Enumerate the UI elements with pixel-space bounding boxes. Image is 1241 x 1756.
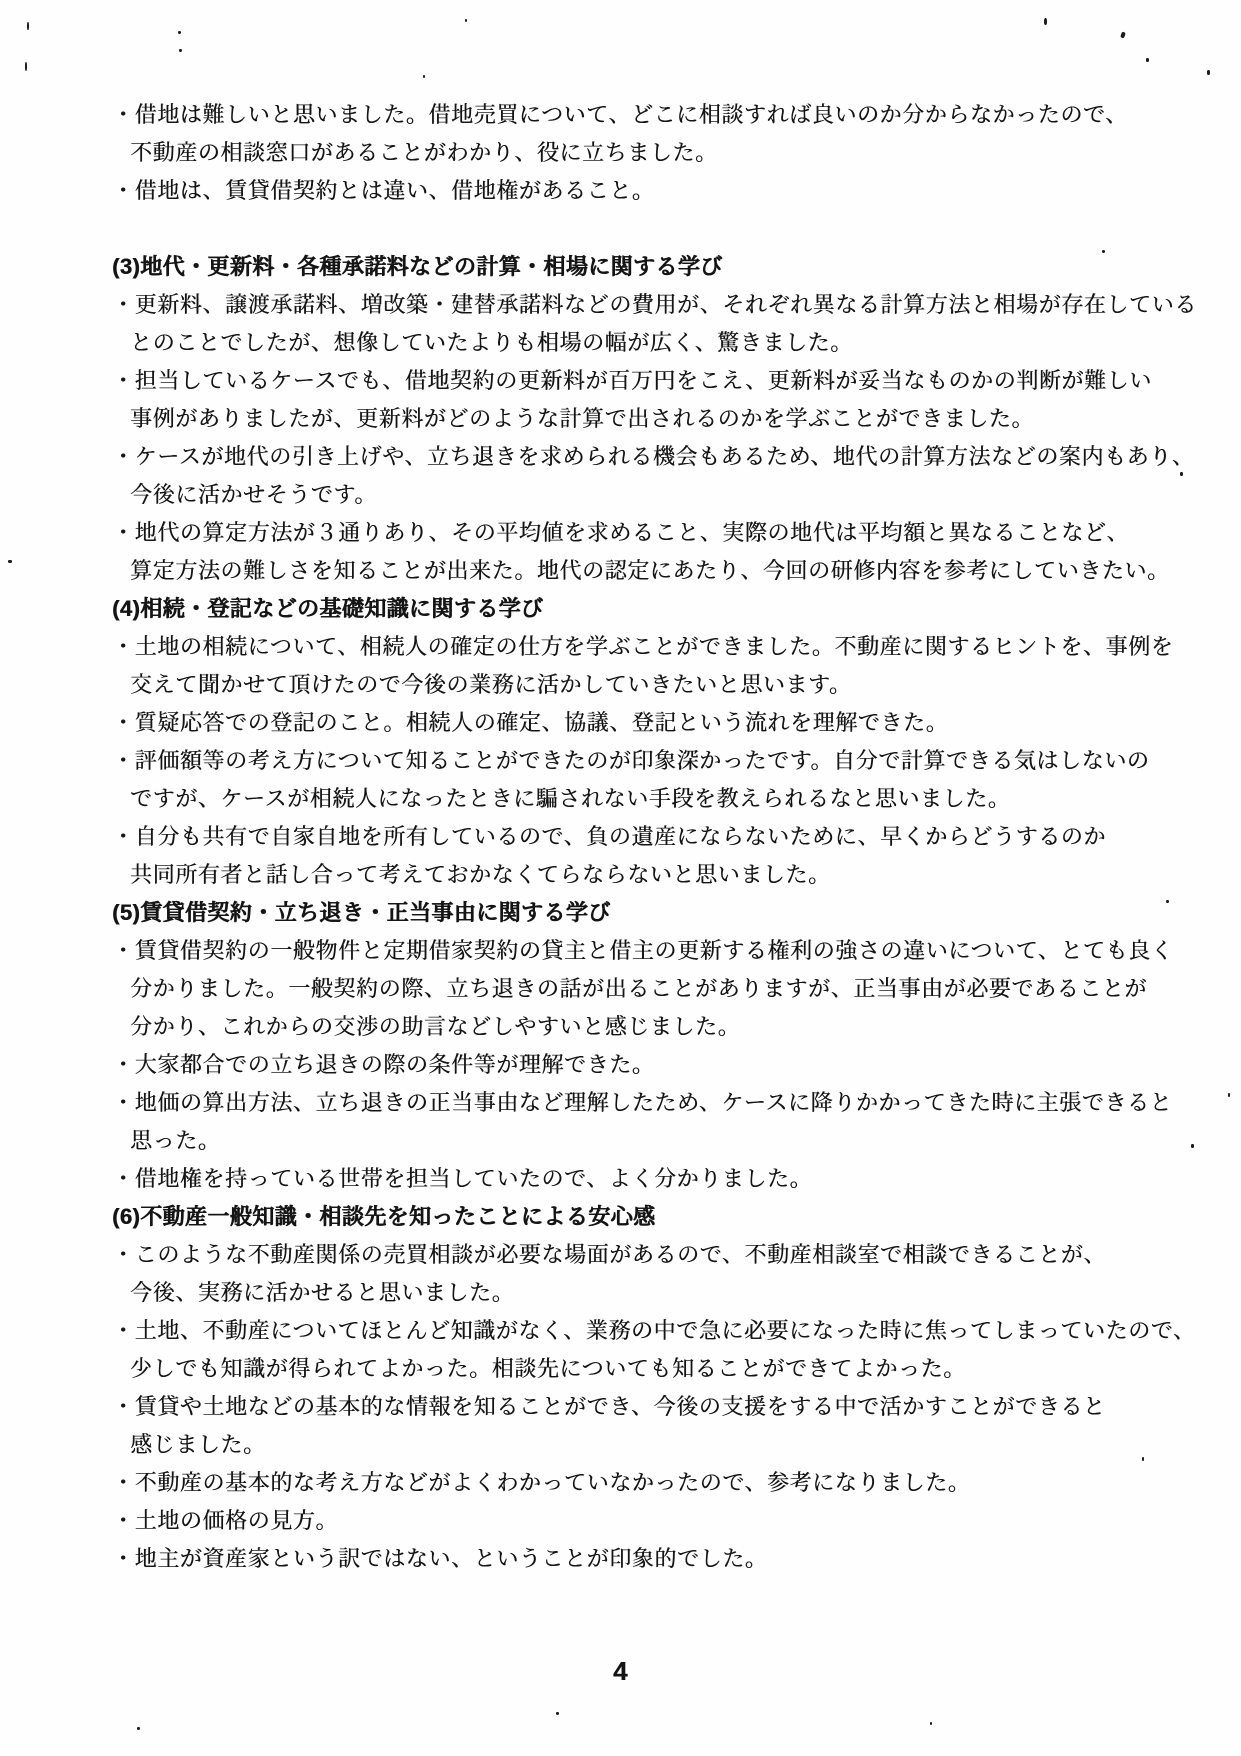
scan-speck [1207, 70, 1210, 75]
text-line: 分かり、これからの交渉の助言などしやすいと感じました。 [112, 1008, 1152, 1046]
text-line: ・土地、不動産についてほとんど知識がなく、業務の中で急に必要になった時に焦ってし… [112, 1312, 1152, 1350]
bullet-item: ・ケースが地代の引き上げや、立ち退きを求められる機会もあるため、地代の計算方法な… [112, 438, 1152, 514]
bullet-item: ・評価額等の考え方について知ることができたのが印象深かったです。自分で計算できる… [112, 742, 1152, 818]
text-line: ・大家都合での立ち退きの際の条件等が理解できた。 [112, 1046, 1152, 1084]
scan-speck [1166, 900, 1169, 903]
scan-speck [27, 22, 29, 30]
section-heading: (4)相続・登記などの基礎知識に関する学び [112, 590, 1152, 628]
text-line: ・借地権を持っている世帯を担当していたので、よく分かりました。 [112, 1160, 1152, 1198]
text-line: とのことでしたが、想像していたよりも相場の幅が広く、驚きました。 [112, 324, 1152, 362]
text-line: ・借地は、賃貸借契約とは違い、借地権があること。 [112, 172, 1152, 210]
page-number: 4 [0, 1656, 1241, 1687]
text-line: ・地主が資産家という訳ではない、ということが印象的でした。 [112, 1540, 1152, 1578]
scan-speck [1191, 1144, 1194, 1148]
scan-speck [178, 31, 181, 34]
bullet-item: ・賃貸や土地などの基本的な情報を知ることができ、今後の支援をする中で活かすことが… [112, 1388, 1152, 1464]
scan-speck [8, 560, 12, 563]
text-line: 分かりました。一般契約の際、立ち退きの話が出ることがありますが、正当事由が必要で… [112, 970, 1152, 1008]
section: (5)賃貸借契約・立ち退き・正当事由に関する学び・賃貸借契約の一般物件と定期借家… [112, 894, 1152, 1198]
bullet-item: ・借地は、賃貸借契約とは違い、借地権があること。 [112, 172, 1152, 210]
bullet-item: ・不動産の基本的な考え方などがよくわかっていなかったので、参考になりました。 [112, 1464, 1152, 1502]
scan-speck [930, 1722, 932, 1725]
text-line: ・土地の価格の見方。 [112, 1502, 1152, 1540]
scan-speck [1180, 472, 1183, 476]
text-line: ・ケースが地代の引き上げや、立ち退きを求められる機会もあるため、地代の計算方法な… [112, 438, 1152, 476]
bullet-item: ・自分も共有で自家自地を所有しているので、負の遺産にならないために、早くからどう… [112, 818, 1152, 894]
document-content: ・借地は難しいと思いました。借地売買について、どこに相談すれば良いのか分からなか… [112, 96, 1152, 1578]
section: (6)不動産一般知識・相談先を知ったことによる安心感・このような不動産関係の売買… [112, 1198, 1152, 1578]
text-line: ・自分も共有で自家自地を所有しているので、負の遺産にならないために、早くからどう… [112, 818, 1152, 856]
section: (3)地代・更新料・各種承諾料などの計算・相場に関する学び・更新料、譲渡承諾料、… [112, 248, 1152, 590]
bullet-item: ・担当しているケースでも、借地契約の更新料が百万円をこえ、更新料が妥当なものかの… [112, 362, 1152, 438]
scan-speck [179, 49, 182, 52]
text-line: 思った。 [112, 1122, 1152, 1160]
text-line: ・更新料、譲渡承諾料、増改築・建替承諾料などの費用が、それぞれ異なる計算方法と相… [112, 286, 1152, 324]
text-line: ・質疑応答での登記のこと。相続人の確定、協議、登記という流れを理解できた。 [112, 704, 1152, 742]
scan-speck [1102, 250, 1105, 253]
bullet-item: ・地代の算定方法が３通りあり、その平均値を求めること、実際の地代は平均額と異なる… [112, 514, 1152, 590]
scan-speck [1228, 1093, 1230, 1097]
text-line: 今後、実務に活かせると思いました。 [112, 1274, 1152, 1312]
bullet-item: ・地主が資産家という訳ではない、ということが印象的でした。 [112, 1540, 1152, 1578]
scan-speck [423, 75, 425, 78]
bullet-item: ・賃貸借契約の一般物件と定期借家契約の貸主と借主の更新する権利の強さの違いについ… [112, 932, 1152, 1046]
bullet-item: ・地価の算出方法、立ち退きの正当事由など理解したため、ケースに降りかかってきた時… [112, 1084, 1152, 1160]
bullet-item: ・土地の相続について、相続人の確定の仕方を学ぶことができました。不動産に関するヒ… [112, 628, 1152, 704]
text-line: 少しでも知識が得られてよかった。相談先についても知ることができてよかった。 [112, 1350, 1152, 1388]
text-line: 今後に活かせそうです。 [112, 476, 1152, 514]
text-line: 感じました。 [112, 1426, 1152, 1464]
bullet-item: ・このような不動産関係の売買相談が必要な場面があるので、不動産相談室で相談できる… [112, 1236, 1152, 1312]
section: (4)相続・登記などの基礎知識に関する学び・土地の相続について、相続人の確定の仕… [112, 590, 1152, 894]
bullet-item: ・借地は難しいと思いました。借地売買について、どこに相談すれば良いのか分からなか… [112, 96, 1152, 172]
text-line: ・土地の相続について、相続人の確定の仕方を学ぶことができました。不動産に関するヒ… [112, 628, 1152, 666]
scanned-document-page: ・借地は難しいと思いました。借地売買について、どこに相談すれば良いのか分からなか… [0, 0, 1241, 1756]
bullet-item: ・土地の価格の見方。 [112, 1502, 1152, 1540]
text-line: ・このような不動産関係の売買相談が必要な場面があるので、不動産相談室で相談できる… [112, 1236, 1152, 1274]
text-line: ・不動産の基本的な考え方などがよくわかっていなかったので、参考になりました。 [112, 1464, 1152, 1502]
scan-speck [1142, 1457, 1144, 1461]
text-line: ・借地は難しいと思いました。借地売買について、どこに相談すれば良いのか分からなか… [112, 96, 1152, 134]
section-heading: (3)地代・更新料・各種承諾料などの計算・相場に関する学び [112, 248, 1152, 286]
bullet-item: ・土地、不動産についてほとんど知識がなく、業務の中で急に必要になった時に焦ってし… [112, 1312, 1152, 1388]
text-line: ・担当しているケースでも、借地契約の更新料が百万円をこえ、更新料が妥当なものかの… [112, 362, 1152, 400]
scan-speck [1044, 18, 1047, 25]
text-line: 事例がありましたが、更新料がどのような計算で出されるのかを学ぶことができました。 [112, 400, 1152, 438]
scan-speck [137, 1727, 140, 1730]
section-heading: (6)不動産一般知識・相談先を知ったことによる安心感 [112, 1198, 1152, 1236]
text-line: 共同所有者と話し合って考えておかなくてらならないと思いました。 [112, 856, 1152, 894]
scan-speck [1120, 31, 1126, 38]
scan-speck [465, 19, 467, 22]
text-line: ・地価の算出方法、立ち退きの正当事由など理解したため、ケースに降りかかってきた時… [112, 1084, 1152, 1122]
text-line: 不動産の相談窓口があることがわかり、役に立ちました。 [112, 134, 1152, 172]
text-line: ・賃貸や土地などの基本的な情報を知ることができ、今後の支援をする中で活かすことが… [112, 1388, 1152, 1426]
bullet-item: ・質疑応答での登記のこと。相続人の確定、協議、登記という流れを理解できた。 [112, 704, 1152, 742]
scan-speck [1146, 58, 1149, 62]
text-line: ・評価額等の考え方について知ることができたのが印象深かったです。自分で計算できる… [112, 742, 1152, 780]
scan-speck [25, 62, 27, 71]
scan-speck [556, 1712, 559, 1715]
text-line: ですが、ケースが相続人になったときに騙されない手段を教えられるなと思いました。 [112, 780, 1152, 818]
text-line: 交えて聞かせて頂けたので今後の業務に活かしていきたいと思います。 [112, 666, 1152, 704]
text-line: ・賃貸借契約の一般物件と定期借家契約の貸主と借主の更新する権利の強さの違いについ… [112, 932, 1152, 970]
bullet-item: ・更新料、譲渡承諾料、増改築・建替承諾料などの費用が、それぞれ異なる計算方法と相… [112, 286, 1152, 362]
text-line: ・地代の算定方法が３通りあり、その平均値を求めること、実際の地代は平均額と異なる… [112, 514, 1152, 552]
bullet-item: ・大家都合での立ち退きの際の条件等が理解できた。 [112, 1046, 1152, 1084]
bullet-item: ・借地権を持っている世帯を担当していたので、よく分かりました。 [112, 1160, 1152, 1198]
text-line: 算定方法の難しさを知ることが出来た。地代の認定にあたり、今回の研修内容を参考にし… [112, 552, 1152, 590]
section-heading: (5)賃貸借契約・立ち退き・正当事由に関する学び [112, 894, 1152, 932]
